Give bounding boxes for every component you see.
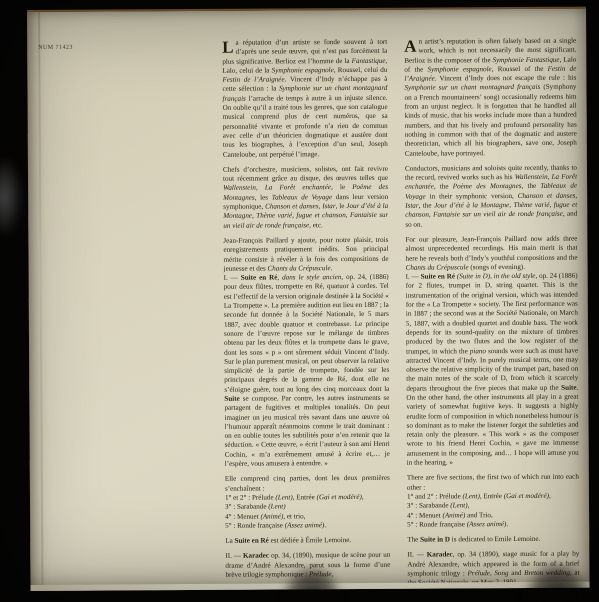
- liner-notes: La réputation d’un artiste se fonde souv…: [222, 37, 579, 592]
- en-paragraph-reputation: An artist’s reputation is often falsely …: [404, 37, 577, 159]
- fr-dropcap: L: [222, 40, 233, 55]
- en-dropcap: A: [404, 39, 416, 54]
- fr-paragraph-paillard: Jean-François Paillard y ajoute, pour no…: [223, 236, 388, 274]
- en-paragraph-revival: Conductors, musicians and soloists quite…: [405, 164, 577, 230]
- en-reputation-text: n artist’s reputation is often falsely b…: [404, 37, 577, 158]
- fr-movement-4: 5° : Ronde française (Assez animé).: [225, 521, 390, 531]
- en-movement-list: 1° and 2° : Prélude (Lent), Entrée (Gai …: [407, 492, 579, 530]
- lens-smudge: [0, 158, 22, 236]
- french-column: La réputation d’un artiste se fonde souv…: [222, 38, 390, 592]
- fr-movement-list: 1° et 2° : Prélude (Lent), Entrée (Gai e…: [225, 493, 390, 531]
- en-dedication: The Suite in D is dedicated to Emile Lem…: [407, 535, 579, 545]
- finger-shadow-right: [525, 563, 589, 602]
- photo-frame: NUM 71423 La réputation d’un artiste se …: [0, 0, 599, 602]
- en-movements-intro: There are five sections, the first two o…: [407, 473, 579, 493]
- fr-movements-intro: Elle comprend cinq parties, dont les deu…: [225, 474, 390, 494]
- fr-dedication: La Suite en Ré est dédiée à Émile Lemoin…: [225, 536, 390, 546]
- english-column: An artist’s reputation is often falsely …: [404, 37, 579, 591]
- finger-shadow-left: [283, 567, 341, 602]
- en-paragraph-paillard: For our pleasure, Jean-François Paillard…: [405, 235, 577, 273]
- fr-paragraph-revival: Chefs d’orchestre, musiciens, solistes, …: [223, 165, 388, 231]
- paper-crease: [38, 12, 44, 591]
- en-movement-4: 5° : Ronde française (Assez animé).: [407, 519, 579, 529]
- record-sleeve-back: NUM 71423 La réputation d’un artiste se …: [27, 7, 590, 591]
- fr-paragraph-suite: I. — Suite en Ré, dans le style ancien, …: [224, 273, 390, 469]
- catalog-number: NUM 71423: [38, 45, 73, 51]
- fr-reputation-text: a réputation d’un artiste se fonde souve…: [222, 38, 388, 159]
- fr-paragraph-reputation: La réputation d’un artiste se fonde souv…: [222, 38, 388, 160]
- en-paragraph-suite: I. — Suite en Ré (Suite in D), in the ol…: [406, 272, 579, 468]
